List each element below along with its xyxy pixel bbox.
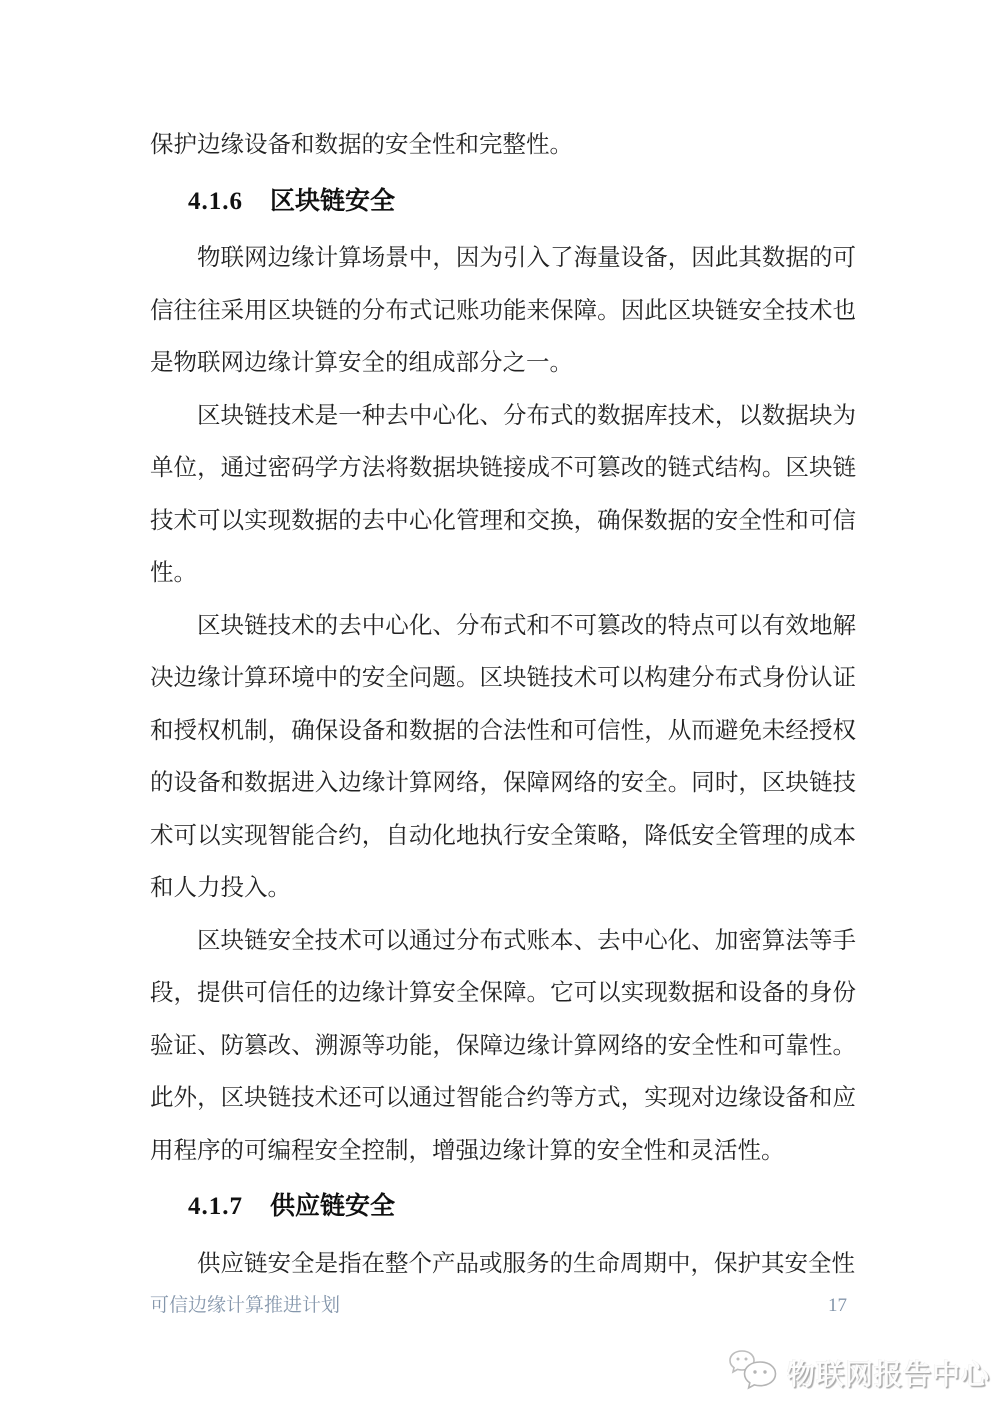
paragraph: 区块链安全技术可以通过分布式账本、去中心化、加密算法等手段，提供可信任的边缘计算… — [150, 915, 856, 1178]
paragraph: 物联网边缘计算场景中，因为引入了海量设备，因此其数据的可信往往采用区块链的分布式… — [150, 232, 856, 390]
document-body: 保护边缘设备和数据的安全性和完整性。 4.1.6区块链安全 物联网边缘计算场景中… — [150, 119, 856, 1290]
section-title: 供应链安全 — [270, 1193, 395, 1220]
section-heading-4-1-6: 4.1.6区块链安全 — [188, 176, 856, 229]
section-title: 区块链安全 — [270, 188, 395, 215]
document-page: 保护边缘设备和数据的安全性和完整性。 4.1.6区块链安全 物联网边缘计算场景中… — [0, 0, 1000, 1415]
section-heading-4-1-7: 4.1.7供应链安全 — [188, 1181, 856, 1234]
wechat-chat-bubbles-icon — [727, 1348, 781, 1398]
page-footer: 可信边缘计算推进计划 17 — [150, 1293, 847, 1319]
section-number: 4.1.7 — [188, 1193, 243, 1220]
section-number: 4.1.6 — [188, 188, 243, 215]
paragraph: 区块链技术是一种去中心化、分布式的数据库技术，以数据块为单位，通过密码学方法将数… — [150, 390, 856, 600]
footer-doc-title: 可信边缘计算推进计划 — [150, 1293, 340, 1319]
paragraph: 供应链安全是指在整个产品或服务的生命周期中，保护其安全性 — [150, 1238, 856, 1291]
paragraph: 区块链技术的去中心化、分布式和不可篡改的特点可以有效地解决边缘计算环境中的安全问… — [150, 600, 856, 915]
publisher-watermark: 物联网报告中心 — [727, 1348, 990, 1398]
watermark-text: 物联网报告中心 — [787, 1353, 990, 1393]
page-number: 17 — [828, 1293, 847, 1319]
paragraph-continuation: 保护边缘设备和数据的安全性和完整性。 — [150, 119, 856, 172]
